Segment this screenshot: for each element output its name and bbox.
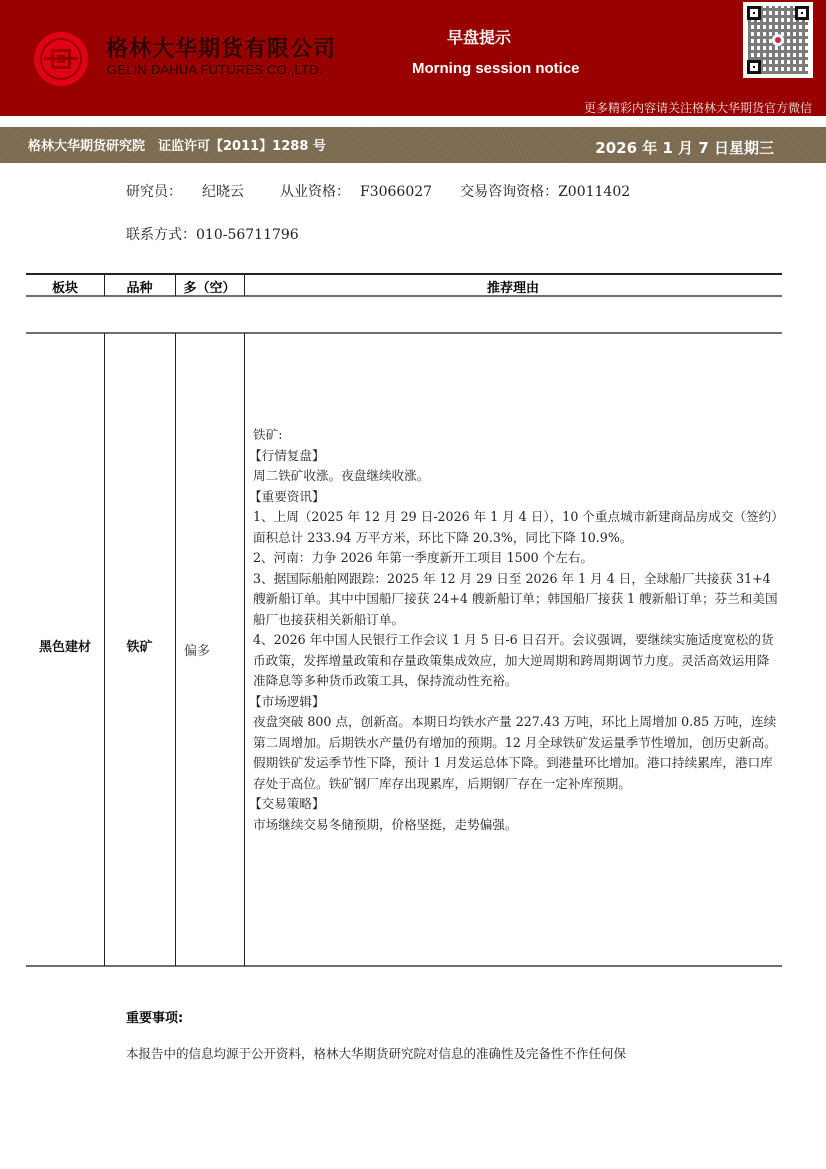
researcher-info: 研究员：纪晓云从业资格：F3066027交易咨询资格：Z0011402 (126, 181, 630, 201)
researcher-label: 研究员： (126, 184, 182, 200)
table-row-border (26, 332, 782, 334)
col-divider (175, 333, 176, 966)
col-divider (244, 333, 245, 966)
reason-paragraph: 4、2026 年中国人民银行工作会议 1 月 5 日-6 日召开。会议强调，要继… (253, 630, 778, 692)
reason-paragraph: 1、上周（2025 年 12 月 29 日-2026 年 1 月 4 日），10… (253, 507, 778, 548)
reason-paragraph: 夜盘突破 800 点，创新高。本期日均铁水产量 227.43 万吨，环比上周增加… (253, 712, 778, 794)
reason-title: 铁矿: (253, 425, 778, 446)
wechat-follow-note: 更多精彩内容请关注格林大华期货官方微信 (584, 99, 812, 116)
section-heading: 【市场逻辑】 (249, 692, 778, 713)
company-logo-icon (34, 32, 88, 86)
notice-body: 本报告中的信息均源于公开资料，格林大华期货研究院对信息的准确性及完备性不作任何保 (126, 1044, 626, 1062)
table-top-border (26, 273, 782, 275)
header-reason: 推荐理由 (244, 277, 782, 296)
cell-direction: 偏多 (184, 640, 210, 659)
cell-sector: 黑色建材 (26, 636, 104, 655)
table-bottom-border (26, 965, 782, 967)
section-heading: 【交易策略】 (249, 794, 778, 815)
report-title-en: Morning session notice (412, 60, 580, 77)
qualification-label: 从业资格： (280, 184, 350, 200)
report-date: 2026 年 1 月 7 日星期三 (595, 137, 774, 158)
header-variety: 品种 (104, 277, 175, 296)
qualification-number: F3066027 (360, 184, 432, 200)
notice-title: 重要事项: (126, 1007, 183, 1026)
consult-label: 交易咨询资格： (460, 184, 558, 200)
contact-label: 联系方式： (126, 227, 196, 243)
header-direction: 多（空） (175, 277, 244, 296)
reason-paragraph: 3、据国际船舶网跟踪：2025 年 12 月 29 日至 2026 年 1 月 … (253, 569, 778, 631)
researcher-name: 纪晓云 (202, 184, 244, 200)
reason-paragraph: 周二铁矿收涨。夜盘继续收涨。 (253, 466, 778, 487)
contact-phone: 010-56711796 (196, 227, 299, 243)
consult-number: Z0011402 (558, 184, 630, 200)
cell-variety: 铁矿 (104, 636, 175, 655)
contact-info: 联系方式：010-56711796 (126, 224, 299, 244)
reason-paragraph: 2、河南：力争 2026 年第一季度新开工项目 1500 个左右。 (253, 548, 778, 569)
institute-license: 格林大华期货研究院 证监许可【2011】1288 号 (28, 135, 326, 154)
section-heading: 【重要资讯】 (249, 487, 778, 508)
company-name-cn: 格林大华期货有限公司 (106, 32, 336, 63)
cell-reason: 铁矿: 【行情复盘】 周二铁矿收涨。夜盘继续收涨。 【重要资讯】 1、上周（20… (253, 425, 778, 835)
header-sector: 板块 (26, 277, 104, 296)
wechat-qr-code-icon (743, 2, 813, 78)
report-title-cn: 早盘提示 (447, 25, 511, 48)
reason-paragraph: 市场继续交易冬储预期，价格坚挺，走势偏强。 (253, 815, 778, 836)
section-heading: 【行情复盘】 (249, 446, 778, 467)
company-name-en: GELIN DAHUA FUTURES CO.,LTD. (107, 62, 323, 77)
